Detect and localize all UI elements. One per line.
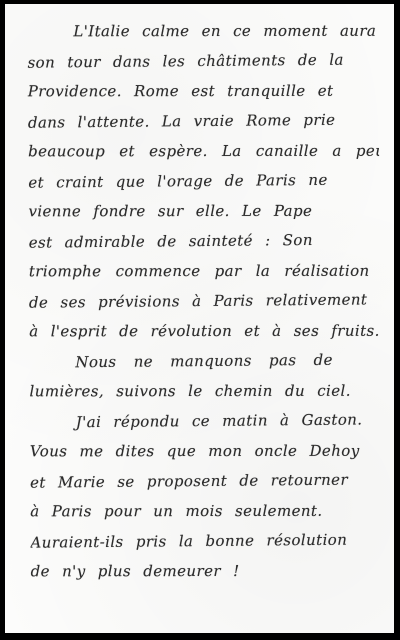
letter-line: est admirable de sainteté : Son — [28, 224, 379, 257]
scanned-letter-frame: L'Italie calme en ce moment aura son tou… — [0, 0, 400, 640]
letter-line: triomphe commence par la réalisation — [29, 256, 380, 287]
letter-line: à l'esprit de révolution et à ses fruits… — [29, 316, 380, 347]
letter-line: Nous ne manquons pas de — [29, 344, 380, 377]
letter-line: et craint que l'orage de Paris ne — [28, 164, 379, 197]
letter-page: L'Italie calme en ce moment aura son tou… — [5, 4, 394, 633]
letter-line: de n'y plus demeurer ! — [31, 556, 382, 587]
letter-line: Providence. Rome est tranquille et — [28, 76, 379, 107]
letter-line: Auraient-ils pris la bonne résolution — [30, 524, 381, 557]
letter-line: J'ai répondu ce matin à Gaston. — [30, 404, 381, 437]
letter-line: et Marie se proposent de retourner — [30, 464, 381, 497]
letter-line: à Paris pour un mois seulement. — [30, 496, 381, 527]
handwritten-letter: L'Italie calme en ce moment aura son tou… — [27, 15, 381, 587]
letter-line: beaucoup et espère. La canaille a peur — [28, 136, 379, 167]
letter-line: de ses prévisions à Paris relativement — [29, 284, 380, 317]
letter-line: dans l'attente. La vraie Rome prie — [28, 104, 379, 137]
letter-line: L'Italie calme en ce moment aura — [27, 16, 378, 47]
letter-line: son tour dans les châtiments de la — [27, 44, 378, 77]
letter-line: vienne fondre sur elle. Le Pape — [28, 196, 379, 227]
letter-line: lumières, suivons le chemin du ciel. — [30, 376, 381, 407]
letter-line: Vous me dites que mon oncle Dehoy — [30, 436, 381, 467]
